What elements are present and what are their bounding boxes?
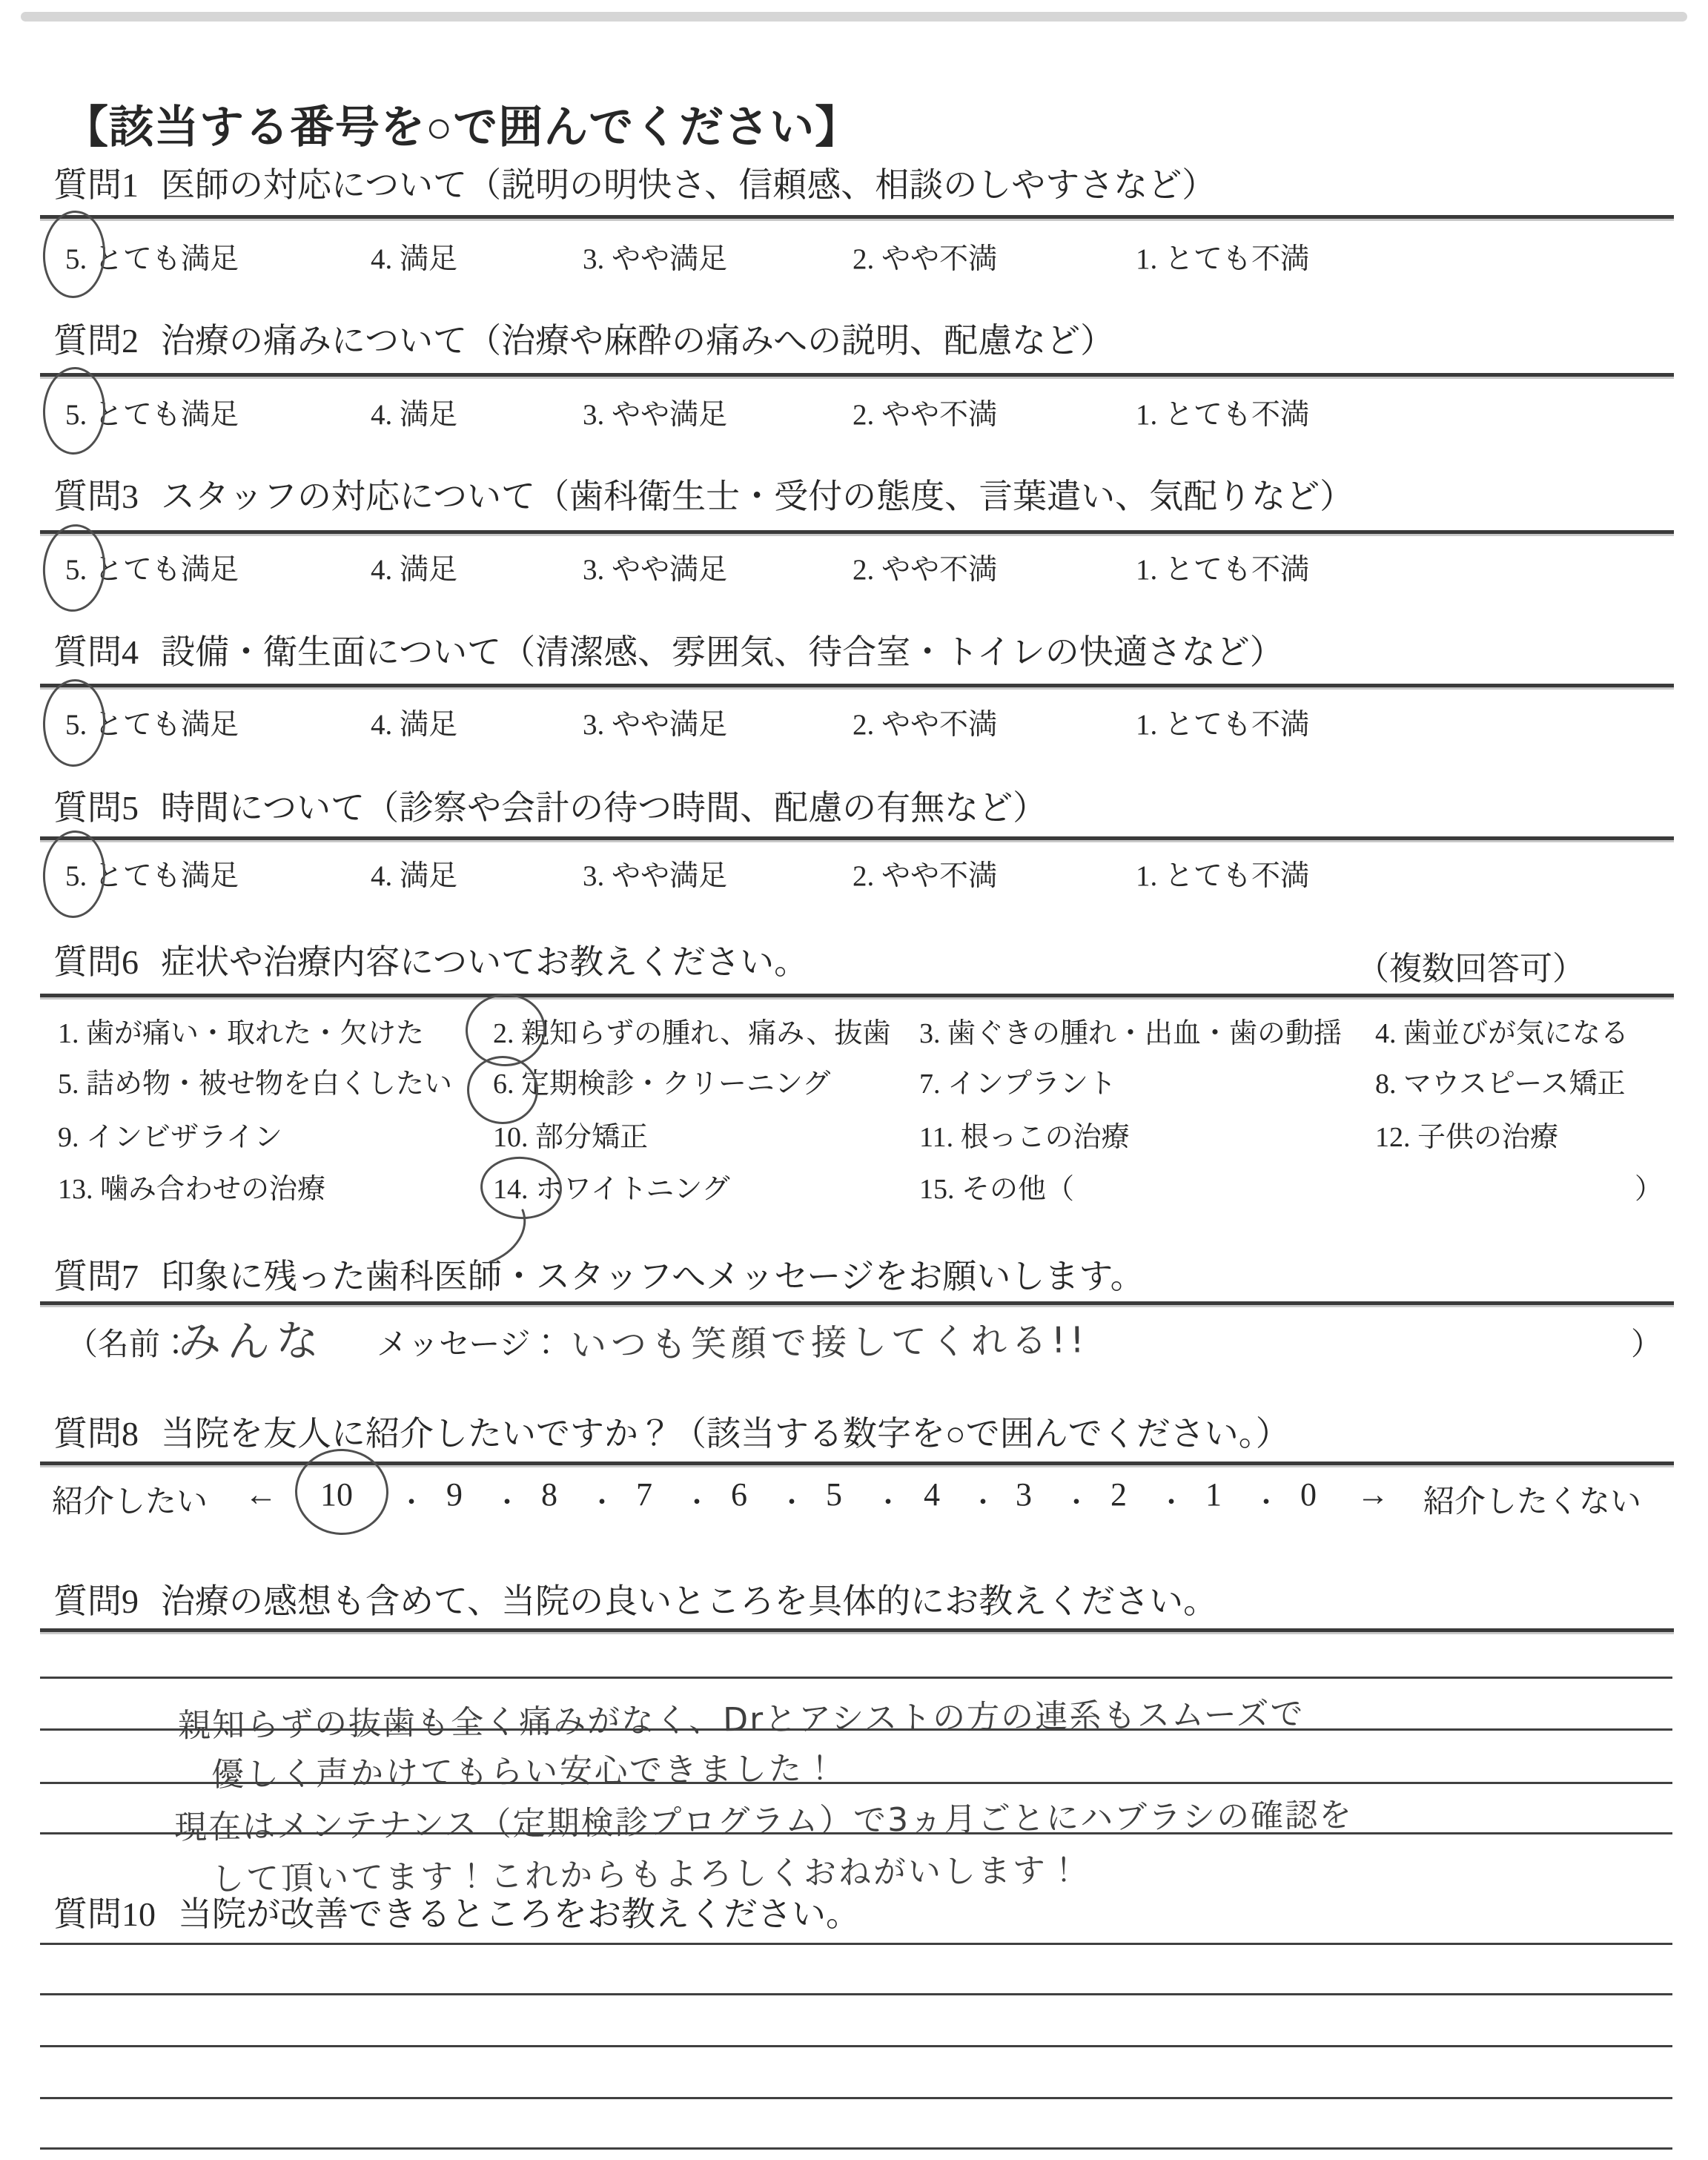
handwritten-circle-q2-5 [42, 366, 107, 456]
q1-option-3: 3. やや満足 [583, 236, 727, 277]
q2-option-4: 4. 満足 [371, 392, 457, 433]
q8-number-7: 7 [636, 1476, 652, 1513]
question-7-heading: 質問7印象に残った歯科医師・スタッフへメッセージをお願いします。 [53, 1256, 1145, 1298]
q8-dot-separator: ・ [398, 1482, 425, 1519]
q9-handwriting-line-3: 現在はメンテナンス（定期検診プログラム）で3ヵ月ごとにハブラシの確認を [174, 1789, 1354, 1849]
q5-option-1: 1. とても不満 [1136, 853, 1309, 894]
q8-left-label: 紹介したい [52, 1477, 208, 1522]
q2-option-1: 1. とても不満 [1136, 392, 1309, 433]
q7-closing-paren: ） [1631, 1320, 1662, 1364]
divider-line [40, 836, 1674, 840]
question-3-heading: 質問3スタッフの対応について（歯科衛生士・受付の態度、言葉遣い、気配りなど） [53, 476, 1354, 518]
q6-option-13: 13. 噛み合わせの治療 [58, 1166, 325, 1206]
handwritten-circle-q3-5 [40, 522, 108, 614]
q3-option-3: 3. やや満足 [583, 546, 727, 588]
q8-dot-separator: ・ [589, 1482, 615, 1519]
divider-line [40, 994, 1674, 997]
question-2-text: 治療の痛みについて（治療や麻酔の痛みへの説明、配慮など） [161, 322, 1114, 360]
handwritten-circle-q5-5 [41, 829, 107, 919]
question-9-text: 治療の感想も含めて、当院の良いところを具体的にお教えください。 [161, 1582, 1217, 1620]
question-8-number: 質問8 [53, 1413, 139, 1455]
q6-multi-answer-note: （複数回答可） [1357, 942, 1585, 989]
q4-option-4: 4. 満足 [371, 701, 457, 743]
q1-option-2: 2. やや不満 [853, 236, 997, 277]
q8-dot-separator: ・ [1253, 1482, 1280, 1519]
question-9-number: 質問9 [53, 1581, 139, 1622]
q4-option-3: 3. やや満足 [583, 701, 727, 743]
divider-line [40, 1462, 1674, 1465]
q1-option-4: 4. 満足 [371, 236, 457, 277]
q3-option-1: 1. とても不満 [1136, 546, 1309, 588]
question-8-text: 当院を友人に紹介したいですか？（該当する数字を○で囲んでください。） [161, 1415, 1290, 1453]
question-10-number: 質問10 [53, 1894, 156, 1935]
question-2-number: 質問2 [53, 320, 139, 362]
handwritten-circle-q8-10 [294, 1447, 390, 1536]
divider-line [40, 1301, 1674, 1305]
q8-dot-separator: ・ [778, 1482, 805, 1519]
question-3-text: スタッフの対応について（歯科衛生士・受付の態度、言葉遣い、気配りなど） [161, 478, 1354, 515]
q3-option-4: 4. 満足 [371, 546, 457, 588]
q8-dot-separator: ・ [1063, 1482, 1090, 1519]
q6-option-12: 12. 子供の治療 [1375, 1114, 1558, 1155]
handwritten-circle-q4-5 [42, 678, 107, 768]
q1-option-1: 1. とても不満 [1136, 236, 1309, 277]
q8-right-label: 紹介したくない [1423, 1477, 1641, 1522]
q8-number-0: 0 [1300, 1476, 1317, 1513]
q5-option-2: 2. やや不満 [853, 853, 997, 894]
q8-number-8: 8 [541, 1476, 557, 1513]
q9-handwriting-line-2: 優しく声かけてもらい安心できました！ [211, 1742, 839, 1796]
question-4-text: 設備・衛生面について（清潔感、雰囲気、待合室・トイレの快適さなど） [161, 633, 1284, 671]
q7-message-label: メッセージ： [377, 1320, 561, 1364]
divider-line [40, 684, 1674, 687]
q6-option-15-closing-paren: ） [1635, 1166, 1663, 1206]
divider-line [40, 215, 1674, 219]
handwritten-circle-q1-5 [41, 209, 107, 300]
question-1-text: 医師の対応について（説明の明快さ、信頼感、相談のしやすさなど） [161, 166, 1216, 204]
page-title: 【該当する番号を○で囲んでください】 [64, 92, 860, 156]
question-10-text: 当院が改善できるところをお教えください。 [178, 1895, 860, 1933]
question-10-heading: 質問10当院が改善できるところをお教えください。 [53, 1894, 860, 1935]
q9-handwriting-line-1: 親知らずの抜歯も全く痛みがなく、Drとアシストの方の連系もスムーズで [178, 1687, 1305, 1746]
q6-option-5: 5. 詰め物・被せ物を白くしたい [58, 1060, 452, 1101]
q6-option-2: 2. 親知らずの腫れ、痛み、抜歯 [493, 1010, 891, 1051]
writing-line [40, 1677, 1672, 1679]
q4-option-1: 1. とても不満 [1136, 701, 1309, 743]
question-9-heading: 質問9治療の感想も含めて、当院の良いところを具体的にお教えください。 [53, 1581, 1217, 1622]
q8-left-arrow-icon: ← [245, 1476, 277, 1513]
q7-message-handwriting: いつも笑顔で接してくれる!! [571, 1311, 1089, 1367]
q5-option-3: 3. やや満足 [583, 853, 727, 894]
q6-option-4: 4. 歯並びが気になる [1375, 1010, 1629, 1051]
question-3-number: 質問3 [53, 476, 139, 518]
question-5-heading: 質問5時間について（診察や会計の待つ時間、配慮の有無など） [53, 787, 1047, 829]
q8-number-1: 1 [1205, 1476, 1222, 1513]
q8-dot-separator: ・ [875, 1482, 901, 1519]
q6-option-7: 7. インプラント [919, 1060, 1116, 1101]
q8-number-6: 6 [731, 1476, 747, 1513]
divider-line [40, 1628, 1674, 1632]
writing-line [40, 2045, 1672, 2047]
question-1-number: 質問1 [53, 165, 139, 206]
q6-option-3: 3. 歯ぐきの腫れ・出血・歯の動揺 [919, 1010, 1342, 1051]
question-7-number: 質問7 [53, 1256, 139, 1298]
question-8-heading: 質問8当院を友人に紹介したいですか？（該当する数字を○で囲んでください。） [53, 1413, 1290, 1455]
q8-dot-separator: ・ [1158, 1482, 1185, 1519]
scan-artifact-bar [21, 12, 1687, 22]
q9-handwriting-line-4: して頂いてます！これからもよろしくおねがいします！ [211, 1843, 1083, 1900]
q6-option-15: 15. その他（ [919, 1166, 1074, 1206]
q8-right-arrow-icon: → [1357, 1476, 1389, 1513]
writing-line [40, 1943, 1672, 1945]
question-6-text: 症状や治療内容についてお教えください。 [161, 943, 808, 981]
question-4-heading: 質問4設備・衛生面について（清潔感、雰囲気、待合室・トイレの快適さなど） [53, 632, 1284, 673]
q6-option-9: 9. インビザライン [58, 1114, 282, 1155]
question-2-heading: 質問2治療の痛みについて（治療や麻酔の痛みへの説明、配慮など） [53, 320, 1114, 362]
q8-number-4: 4 [924, 1476, 940, 1513]
q8-dot-separator: ・ [494, 1482, 520, 1519]
q7-name-handwriting: みんな [178, 1306, 325, 1370]
writing-line [40, 1993, 1672, 1995]
writing-line [40, 2147, 1672, 2150]
handwritten-circle-q6-6 [467, 1056, 538, 1124]
q8-number-3: 3 [1016, 1476, 1032, 1513]
divider-line [40, 373, 1674, 377]
q8-dot-separator: ・ [683, 1482, 710, 1519]
question-5-number: 質問5 [53, 787, 139, 829]
q3-option-2: 2. やや不満 [853, 546, 997, 588]
q7-name-label: （名前： [67, 1320, 191, 1364]
question-6-heading: 質問6症状や治療内容についてお教えください。 [53, 942, 808, 983]
q2-option-3: 3. やや満足 [583, 392, 727, 433]
question-4-number: 質問4 [53, 632, 139, 673]
q8-dot-separator: ・ [970, 1482, 996, 1519]
q4-option-2: 2. やや不満 [853, 701, 997, 743]
divider-line [40, 530, 1674, 534]
q2-option-2: 2. やや不満 [853, 392, 997, 433]
question-6-number: 質問6 [53, 942, 139, 983]
q6-option-11: 11. 根っこの治療 [919, 1114, 1130, 1155]
survey-scan-page: 【該当する番号を○で囲んでください】 質問1医師の対応について（説明の明快さ、信… [0, 0, 1708, 2160]
question-5-text: 時間について（診察や会計の待つ時間、配慮の有無など） [161, 789, 1047, 827]
q5-option-4: 4. 満足 [371, 853, 457, 894]
q6-option-8: 8. マウスピース矯正 [1375, 1060, 1625, 1101]
question-1-heading: 質問1医師の対応について（説明の明快さ、信頼感、相談のしやすさなど） [53, 165, 1216, 206]
writing-line [40, 2097, 1672, 2099]
q8-number-2: 2 [1110, 1476, 1127, 1513]
q8-number-5: 5 [826, 1476, 842, 1513]
q6-option-1: 1. 歯が痛い・取れた・欠けた [58, 1010, 424, 1051]
q6-option-6: 6. 定期検診・クリーニング [493, 1060, 830, 1101]
q8-number-9: 9 [446, 1476, 463, 1513]
question-7-text: 印象に残った歯科医師・スタッフへメッセージをお願いします。 [161, 1258, 1145, 1295]
